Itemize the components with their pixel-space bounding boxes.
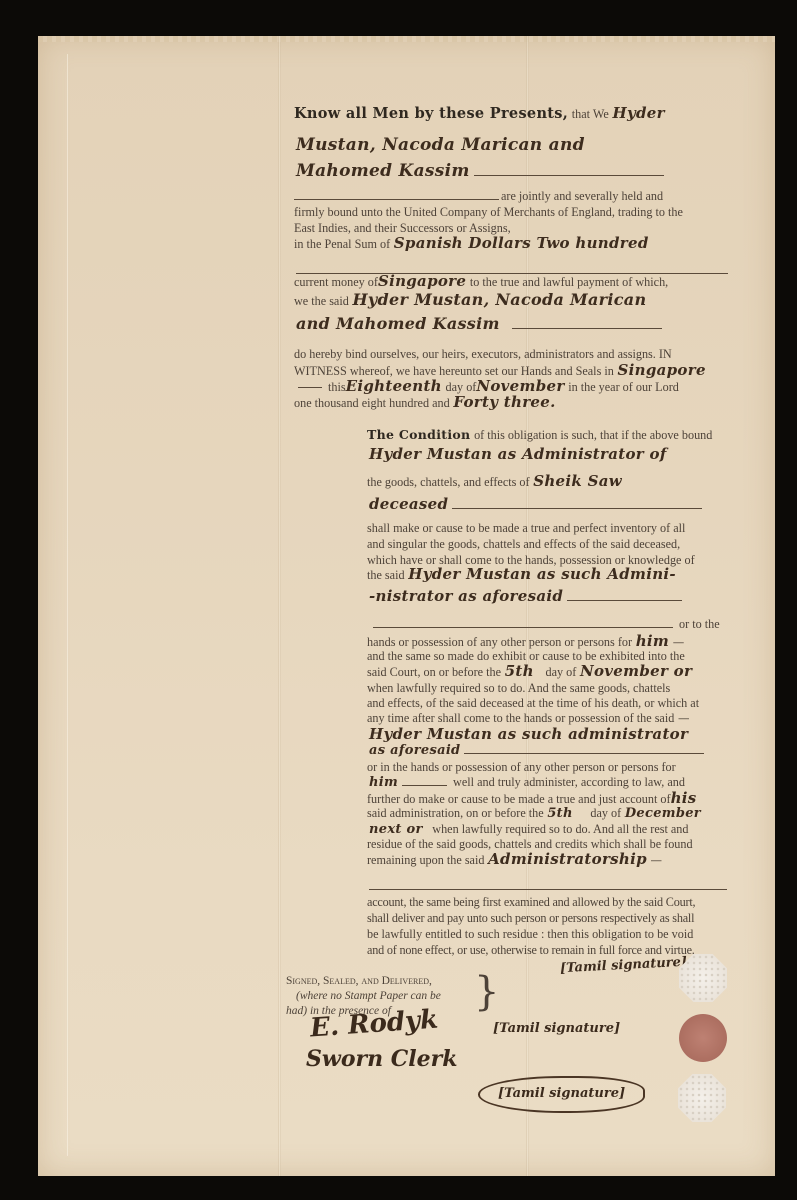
handwritten-text: deceased: [369, 495, 448, 513]
wax-seal-icon: [679, 1014, 727, 1062]
condition-heading: The Condition: [367, 427, 470, 442]
handwritten-date: 5th: [547, 806, 572, 821]
wafer-seal-icon: [679, 954, 727, 1002]
handwritten-names: and Mahomed Kassim: [296, 314, 500, 333]
handwritten-text: Hyder Mustan as Administrator of: [369, 446, 667, 463]
handwritten-text: next or: [369, 822, 423, 837]
handwritten-month: November or: [580, 662, 692, 680]
signer-3-signature: [Tamil signature]: [478, 1076, 645, 1113]
brace: }: [474, 972, 499, 1012]
handwritten-text: Hyder Mustan as such administrator: [369, 726, 688, 743]
document-paper: Know all Men by these Presents, that We …: [38, 36, 775, 1176]
handwritten-names: Hyder Mustan, Nacoda Marican: [352, 290, 646, 309]
witness-title: Sworn Clerk: [306, 1051, 457, 1068]
handwritten-year: Forty three.: [453, 393, 555, 411]
handwritten-text: as aforesaid: [369, 743, 460, 758]
handwritten-place: Singapore: [618, 361, 706, 379]
handwritten-name: Mahomed Kassim: [296, 161, 470, 181]
witness-signature: E. Rodyk: [310, 1012, 439, 1037]
handwritten-place: Singapore: [378, 272, 466, 290]
handwritten-deceased-name: Sheik Saw: [533, 472, 622, 490]
handwritten-text: Hyder Mustan as such Admini-: [408, 565, 676, 583]
signer-2-signature: [Tamil signature]: [493, 1021, 620, 1038]
handwritten-names: Mustan, Nacoda Marican and: [296, 137, 585, 154]
handwritten-name: Hyder: [612, 104, 664, 122]
document-heading: Know all Men by these Presents,: [294, 105, 568, 122]
bond-text: Know all Men by these Presents, that We …: [38, 36, 775, 1176]
handwritten-month: December: [625, 806, 701, 821]
handwritten-text: him: [369, 775, 398, 790]
handwritten-text: -nistrator as aforesaid: [369, 587, 563, 605]
handwritten-date: 5th: [505, 662, 534, 680]
handwritten-sum: Spanish Dollars Two hundred: [394, 234, 649, 252]
handwritten-text: Administratorship: [488, 850, 647, 868]
wafer-seal-icon: [678, 1074, 726, 1122]
handwritten-day: Eighteenth: [346, 377, 442, 395]
